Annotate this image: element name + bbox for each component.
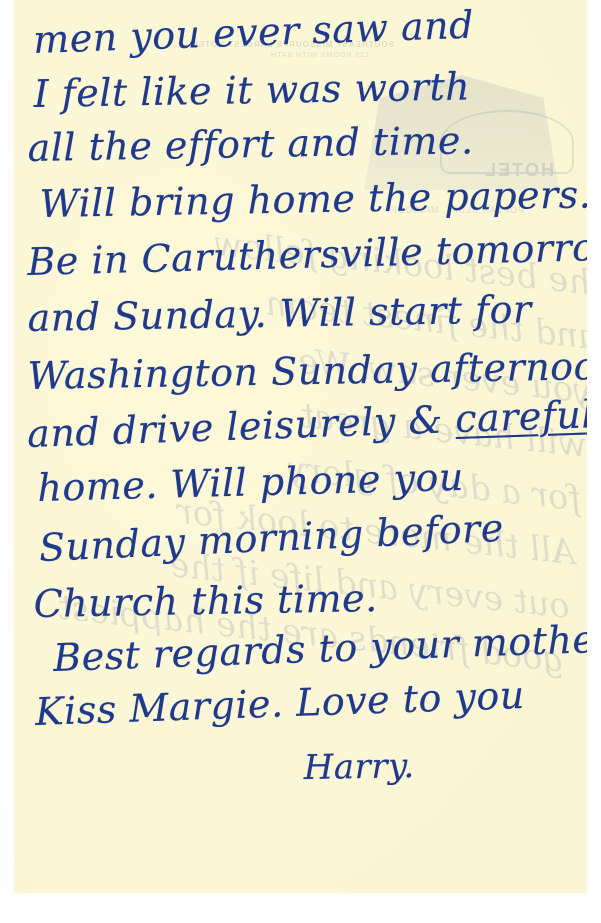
- letter-line: Church this time.: [33, 576, 378, 626]
- letter-line: Washington Sunday afternoon: [27, 344, 587, 398]
- letter-line: Will bring home the papers.: [39, 172, 587, 226]
- letter-line: Best regards to your mother.: [52, 616, 587, 680]
- letter-page: SOUTHEAST MISSOURI'S LARGEST HOTEL 125 R…: [14, 0, 587, 893]
- letter-line: Kiss Margie. Love to you: [34, 673, 525, 734]
- letter-line: all the effort and time.: [27, 118, 474, 170]
- letter-line: men you ever saw and: [32, 3, 474, 62]
- underlined-word: carefully: [454, 391, 587, 441]
- letter-body: men you ever saw and I felt like it was …: [14, 0, 587, 893]
- letter-line: Be in Caruthersville tomorrow: [27, 224, 587, 284]
- letter-line: and Sunday. Will start for: [27, 287, 532, 340]
- letter-line: and drive leisurely & carefully: [26, 391, 587, 456]
- letter-line: I felt like it was worth: [33, 64, 470, 116]
- letter-line-text: and drive leisurely &: [26, 397, 456, 456]
- letter-line: Sunday morning before: [38, 506, 504, 570]
- letter-line: home. Will phone you: [37, 455, 465, 510]
- signature: Harry.: [303, 746, 415, 788]
